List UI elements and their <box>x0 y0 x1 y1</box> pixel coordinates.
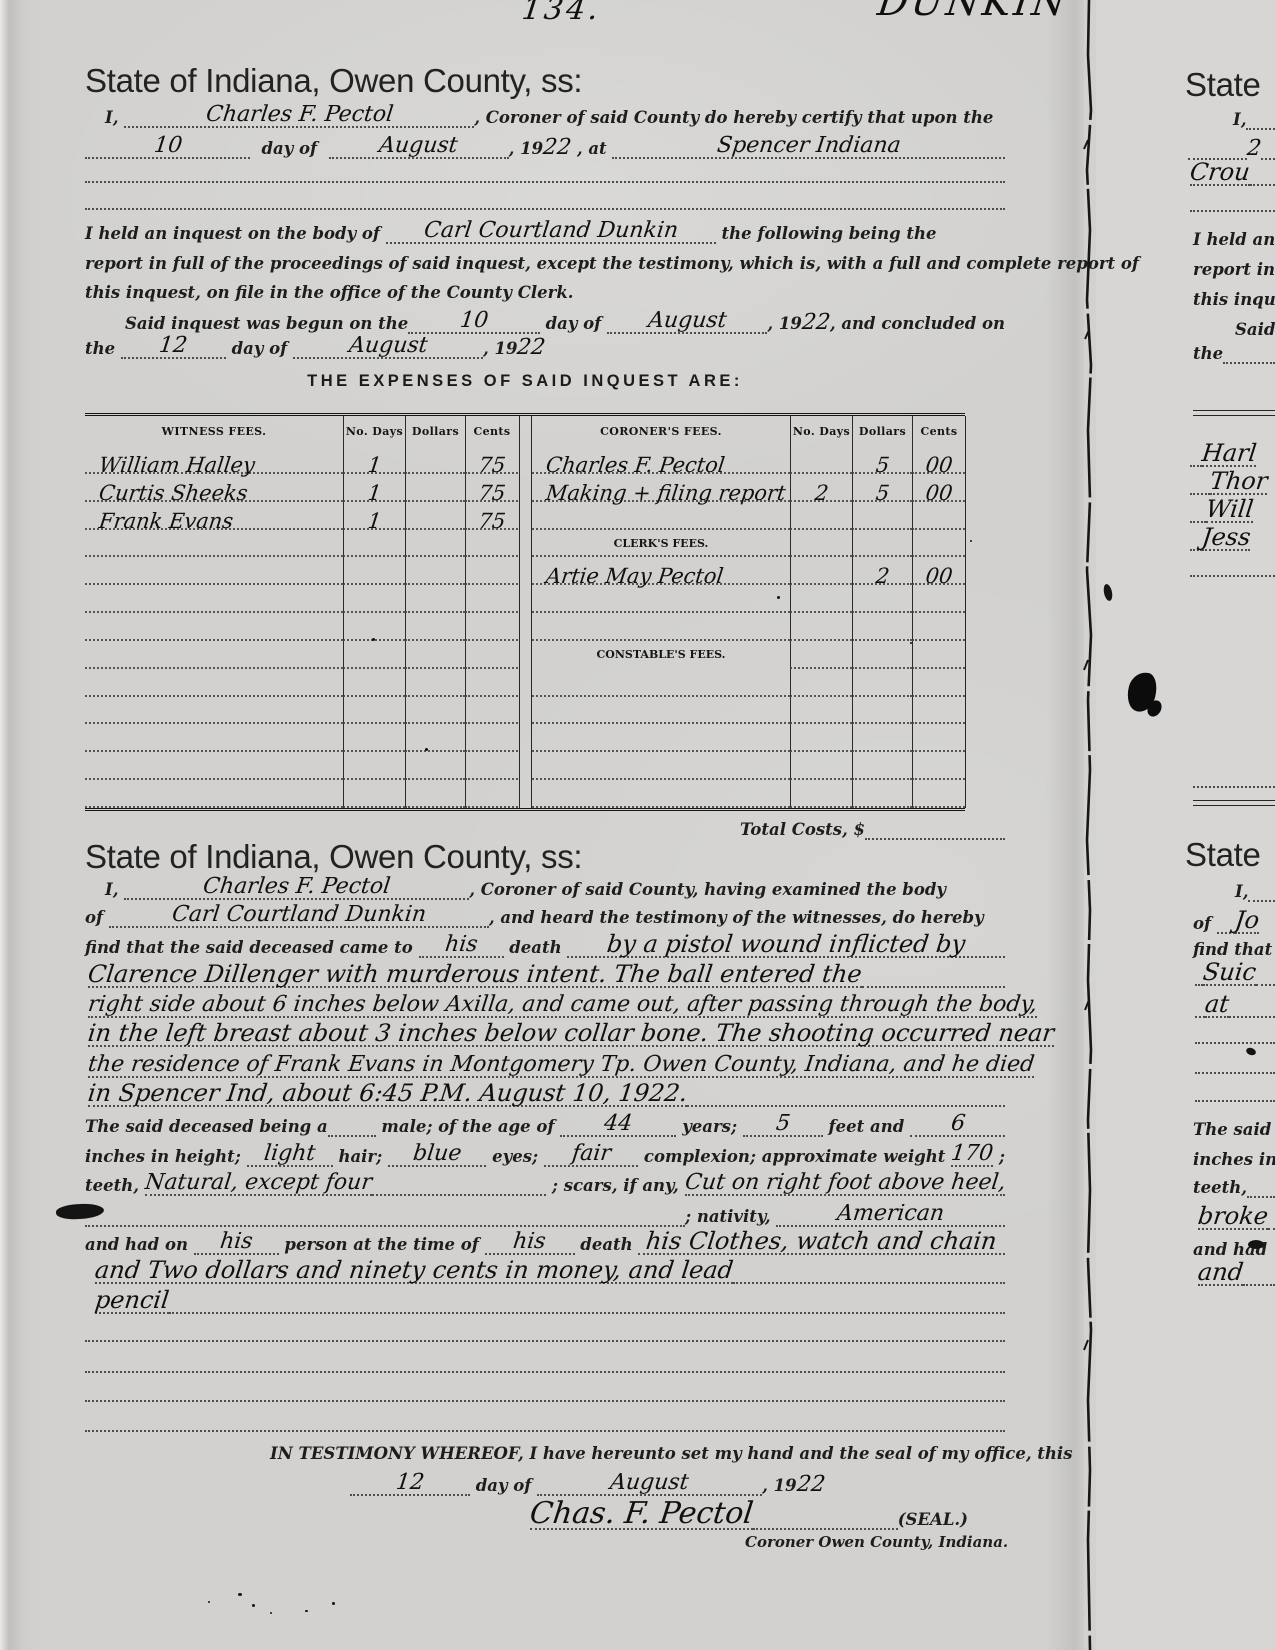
signature-line: Chas. F. Pectol (SEAL.) <box>530 1492 968 1530</box>
fee-cell <box>852 724 912 752</box>
fee-cell <box>790 502 852 530</box>
testimony-statement: IN TESTIMONY WHEREOF, I have hereunto se… <box>270 1442 1072 1464</box>
coroner-fees-table: CORONER'S FEES. No. Days Dollars Cents C… <box>532 416 966 808</box>
cause-of-death-field: by a pistol wound inflicted by <box>567 933 1005 958</box>
coroner-signature: Chas. F. Pectol <box>530 1500 753 1531</box>
fee-cell <box>532 780 790 808</box>
weight-field: 170 <box>951 1144 993 1167</box>
certify-line-2: 10 day of August , 19 22 , at Spencer In… <box>85 131 1005 159</box>
fee-cell <box>465 697 518 725</box>
dotted-line <box>1195 1042 1275 1044</box>
fee-cell <box>405 557 465 585</box>
cause-line-2: Clarence Dillenger with murderous intent… <box>88 960 1005 988</box>
fee-cell <box>532 752 790 780</box>
begun-line: Said inquest was begun on the 10 day of … <box>125 306 1005 334</box>
fee-cell <box>405 446 465 474</box>
fee-cell <box>405 474 465 502</box>
fee-cell <box>343 669 405 697</box>
fee-cell: 5 <box>852 474 912 502</box>
fee-cell <box>85 641 343 669</box>
nativity-line: ; nativity, American <box>85 1199 1005 1227</box>
speck <box>252 1604 255 1607</box>
table-top-rule <box>1193 410 1275 416</box>
total-costs-line: Total Costs, $ <box>740 818 1005 840</box>
fee-cell <box>790 669 852 697</box>
next-page-witness: Harl <box>1190 440 1275 467</box>
fee-cell <box>405 669 465 697</box>
fee-cell <box>790 613 852 641</box>
fee-cell <box>465 669 518 697</box>
fee-cell <box>532 613 790 641</box>
coroner-name-field: Charles F. Pectol <box>124 877 469 900</box>
fee-cell <box>912 669 965 697</box>
left-paper-edge <box>0 0 42 1650</box>
finding-line-3: find that the said deceased came to his … <box>85 930 1005 958</box>
i-label: I, <box>105 107 124 128</box>
inquest-line-2: report in full of the proceedings of sai… <box>85 252 1139 274</box>
fee-cell <box>790 752 852 780</box>
dotted-line <box>85 1400 1005 1402</box>
fee-cell <box>405 697 465 725</box>
fee-cell <box>852 780 912 808</box>
fee-cell <box>532 502 790 530</box>
fee-cell <box>343 752 405 780</box>
next-page-witness: Thor <box>1190 468 1275 495</box>
section2-heading: State of Indiana, Owen County, ss: <box>85 838 582 876</box>
effects-line-2: and Two dollars and ninety cents in mone… <box>95 1256 1005 1284</box>
concluded-day-field: 12 <box>121 336 226 359</box>
fee-cell <box>912 530 965 558</box>
fee-cell <box>532 697 790 725</box>
dotted-line <box>85 1430 1005 1432</box>
fee-cell <box>912 502 965 530</box>
place-field: Spencer Indiana <box>612 136 1005 159</box>
begun-month-field: August <box>607 311 767 334</box>
description-line-3: teeth, Natural, except four ; scars, if … <box>85 1168 1005 1196</box>
coroner-name-field: Charles F. Pectol <box>124 105 474 128</box>
dotted-line <box>1193 786 1275 788</box>
month-field: August <box>329 136 509 159</box>
fee-cell <box>852 585 912 613</box>
fee-cell <box>85 780 343 808</box>
certify-line-1: I, Charles F. Pectol , Coroner of said C… <box>105 100 1005 128</box>
fee-cell <box>532 724 790 752</box>
nativity-field: American <box>776 1204 1005 1227</box>
year-handwritten: 22 <box>542 138 573 159</box>
page-number-handwritten: 134. <box>520 0 602 25</box>
dotted-line <box>1190 575 1275 577</box>
dotted-line <box>85 1371 1005 1373</box>
fee-cell <box>912 585 965 613</box>
teeth-field: Natural, except four <box>145 1173 372 1196</box>
next-page-witness: Will <box>1190 496 1275 523</box>
fee-cell <box>405 585 465 613</box>
fee-cell <box>790 557 852 585</box>
fee-cell <box>405 502 465 530</box>
fee-cell <box>405 724 465 752</box>
fee-cell <box>912 613 965 641</box>
fee-cell <box>343 530 405 558</box>
cause-line-6: in Spencer Ind, about 6:45 P.M. August 1… <box>88 1079 1005 1107</box>
fee-cell <box>912 752 965 780</box>
fee-cell <box>85 752 343 780</box>
dotted-line <box>85 208 1005 210</box>
dotted-line <box>1195 1072 1275 1074</box>
fee-cell <box>790 780 852 808</box>
fee-cell <box>852 669 912 697</box>
fee-cell <box>465 585 518 613</box>
fee-cell <box>343 613 405 641</box>
fee-cell: 00 <box>912 446 965 474</box>
feet-field: 5 <box>743 1114 823 1137</box>
col-header-cents: Cents <box>912 416 965 446</box>
fee-cell <box>790 724 852 752</box>
fee-cell <box>405 613 465 641</box>
fee-cell <box>790 585 852 613</box>
fee-cell <box>405 752 465 780</box>
fee-cell: 00 <box>912 474 965 502</box>
hair-field: light <box>247 1144 333 1167</box>
concluded-month-field: August <box>293 336 483 359</box>
cause-line-4: in the left breast about 3 inches below … <box>88 1019 1005 1047</box>
dotted-line <box>85 181 1005 183</box>
cause-line-5: the residence of Frank Evans in Montgome… <box>88 1050 1005 1078</box>
effects-line-3: pencil <box>95 1286 1005 1314</box>
inquest-line-3: this inquest, on file in the office of t… <box>85 281 574 303</box>
fee-cell <box>343 557 405 585</box>
fee-cell <box>790 446 852 474</box>
speck <box>332 1602 335 1605</box>
dotted-line <box>1195 1100 1275 1102</box>
col-header-dollars: Dollars <box>852 416 912 446</box>
fee-cell <box>532 585 790 613</box>
certify-text: , Coroner of said County do hereby certi… <box>474 107 993 128</box>
dotted-line <box>1190 210 1275 212</box>
witness-fees-table: WITNESS FEES. No. Days Dollars Cents Wil… <box>85 416 518 808</box>
fee-cell <box>790 697 852 725</box>
ink-smudge <box>1248 1240 1264 1249</box>
fee-cell <box>790 641 852 669</box>
fee-cell <box>912 641 965 669</box>
cause-line-3: right side about 6 inches below Axilla, … <box>88 990 1005 1018</box>
speck <box>270 1612 272 1614</box>
finding-line-1: I, Charles F. Pectol , Coroner of said C… <box>105 872 1005 900</box>
effects-line-1: and had on his person at the time of his… <box>85 1227 1005 1255</box>
inches-field: 6 <box>910 1114 1005 1137</box>
fee-cell: 75 <box>465 502 518 530</box>
age-field: 44 <box>560 1114 676 1137</box>
description-line-2: inches in height; light hair; blue eyes;… <box>85 1139 1005 1167</box>
fee-cell <box>465 530 518 558</box>
speck <box>425 748 428 751</box>
total-costs-label: Total Costs, $ <box>740 819 865 840</box>
next-page-heading-1: State <box>1185 66 1261 104</box>
fee-cell: 1 <box>343 474 405 502</box>
table-row: Charles F. Pectol <box>532 446 790 474</box>
fee-cell <box>405 641 465 669</box>
fee-cell: 1 <box>343 446 405 474</box>
fee-cell <box>85 585 343 613</box>
col-header-days: No. Days <box>343 416 405 446</box>
speck <box>208 1601 210 1603</box>
table-center-rule <box>519 416 532 808</box>
constable-fees-header: CONSTABLE'S FEES. <box>532 641 790 669</box>
col-header-dollars: Dollars <box>405 416 465 446</box>
speck <box>372 638 375 641</box>
fee-cell <box>85 557 343 585</box>
fee-cell: 5 <box>852 446 912 474</box>
col-header-coroner: CORONER'S FEES. <box>532 416 790 446</box>
eyes-field: blue <box>388 1144 486 1167</box>
testimony-day-field: 12 <box>350 1473 470 1496</box>
effects-field: his Clothes, watch and chain <box>638 1230 1005 1255</box>
fee-cell <box>852 641 912 669</box>
seal-label: (SEAL.) <box>898 1509 968 1530</box>
table-row: Curtis Sheeks <box>85 474 343 502</box>
complexion-field: fair <box>544 1144 638 1167</box>
table-bottom-rule <box>1193 800 1275 806</box>
fee-cell: 2 <box>852 557 912 585</box>
fee-cell: 75 <box>465 446 518 474</box>
fee-cell <box>85 613 343 641</box>
fee-cell <box>343 641 405 669</box>
fee-cell: 1 <box>343 502 405 530</box>
fee-cell <box>532 669 790 697</box>
inquest-line-1: I held an inquest on the body of Carl Co… <box>85 216 1005 244</box>
fee-cell <box>465 557 518 585</box>
col-header-days: No. Days <box>790 416 852 446</box>
fee-cell <box>85 724 343 752</box>
speck <box>305 1610 308 1612</box>
speck <box>910 642 912 644</box>
col-header-cents: Cents <box>465 416 518 446</box>
fee-cell <box>852 697 912 725</box>
fee-cell <box>465 724 518 752</box>
fee-cell <box>790 530 852 558</box>
fee-cell <box>852 502 912 530</box>
binding-edge-line <box>1080 0 1098 1650</box>
deceased-name-field: Carl Courtland Dunkin <box>109 905 489 928</box>
dotted-line <box>85 1340 1005 1342</box>
deceased-name-field: Carl Courtland Dunkin <box>386 221 716 244</box>
col-header-witness: WITNESS FEES. <box>85 416 343 446</box>
fee-cell <box>852 530 912 558</box>
description-line-1: The said deceased being a male; of the a… <box>85 1109 1005 1137</box>
fee-cell <box>852 752 912 780</box>
table-row: Making + filing report <box>532 474 790 502</box>
speck <box>777 596 780 599</box>
scars-field: Cut on right foot above heel, <box>685 1173 1005 1196</box>
fee-cell <box>465 780 518 808</box>
fee-cell: 2 <box>790 474 852 502</box>
binding-shadow <box>1046 0 1084 1650</box>
fee-cell <box>85 530 343 558</box>
clerk-fees-header: CLERK'S FEES. <box>532 530 790 558</box>
scanned-coroner-inquest-document: 134. DUNKIN State of Indiana, Owen Count… <box>0 0 1275 1650</box>
day-field: 10 <box>85 136 250 159</box>
speck <box>238 1593 242 1596</box>
section1-heading: State of Indiana, Owen County, ss: <box>85 62 582 100</box>
finding-line-2: of Carl Courtland Dunkin , and heard the… <box>85 900 1005 928</box>
fee-cell <box>465 752 518 780</box>
fee-cell: 00 <box>912 557 965 585</box>
fee-cell <box>343 780 405 808</box>
fee-cell <box>912 724 965 752</box>
fee-cell <box>465 613 518 641</box>
table-row: Artie May Pectol <box>532 557 790 585</box>
concluded-line: the 12 day of August , 19 22 <box>85 331 590 359</box>
speck <box>970 540 972 542</box>
docket-name-handwritten: DUNKIN <box>876 0 1071 20</box>
fee-cell <box>343 585 405 613</box>
fee-cell <box>465 641 518 669</box>
expenses-table: WITNESS FEES. No. Days Dollars Cents Wil… <box>85 413 965 811</box>
fee-cell <box>852 613 912 641</box>
fee-cell <box>85 669 343 697</box>
fee-cell <box>405 780 465 808</box>
fee-cell: 75 <box>465 474 518 502</box>
fee-cell <box>912 780 965 808</box>
fee-cell <box>85 697 343 725</box>
fee-cell <box>912 697 965 725</box>
next-page-witness: Jess <box>1190 522 1275 551</box>
table-row: William Halley <box>85 446 343 474</box>
expenses-title: THE EXPENSES OF SAID INQUEST ARE: <box>85 372 965 391</box>
fee-cell <box>405 530 465 558</box>
signer-title: Coroner Owen County, Indiana. <box>745 1532 1008 1552</box>
table-row: Frank Evans <box>85 502 343 530</box>
fee-cell <box>343 724 405 752</box>
next-page-heading-2: State <box>1185 836 1261 874</box>
fee-cell <box>343 697 405 725</box>
